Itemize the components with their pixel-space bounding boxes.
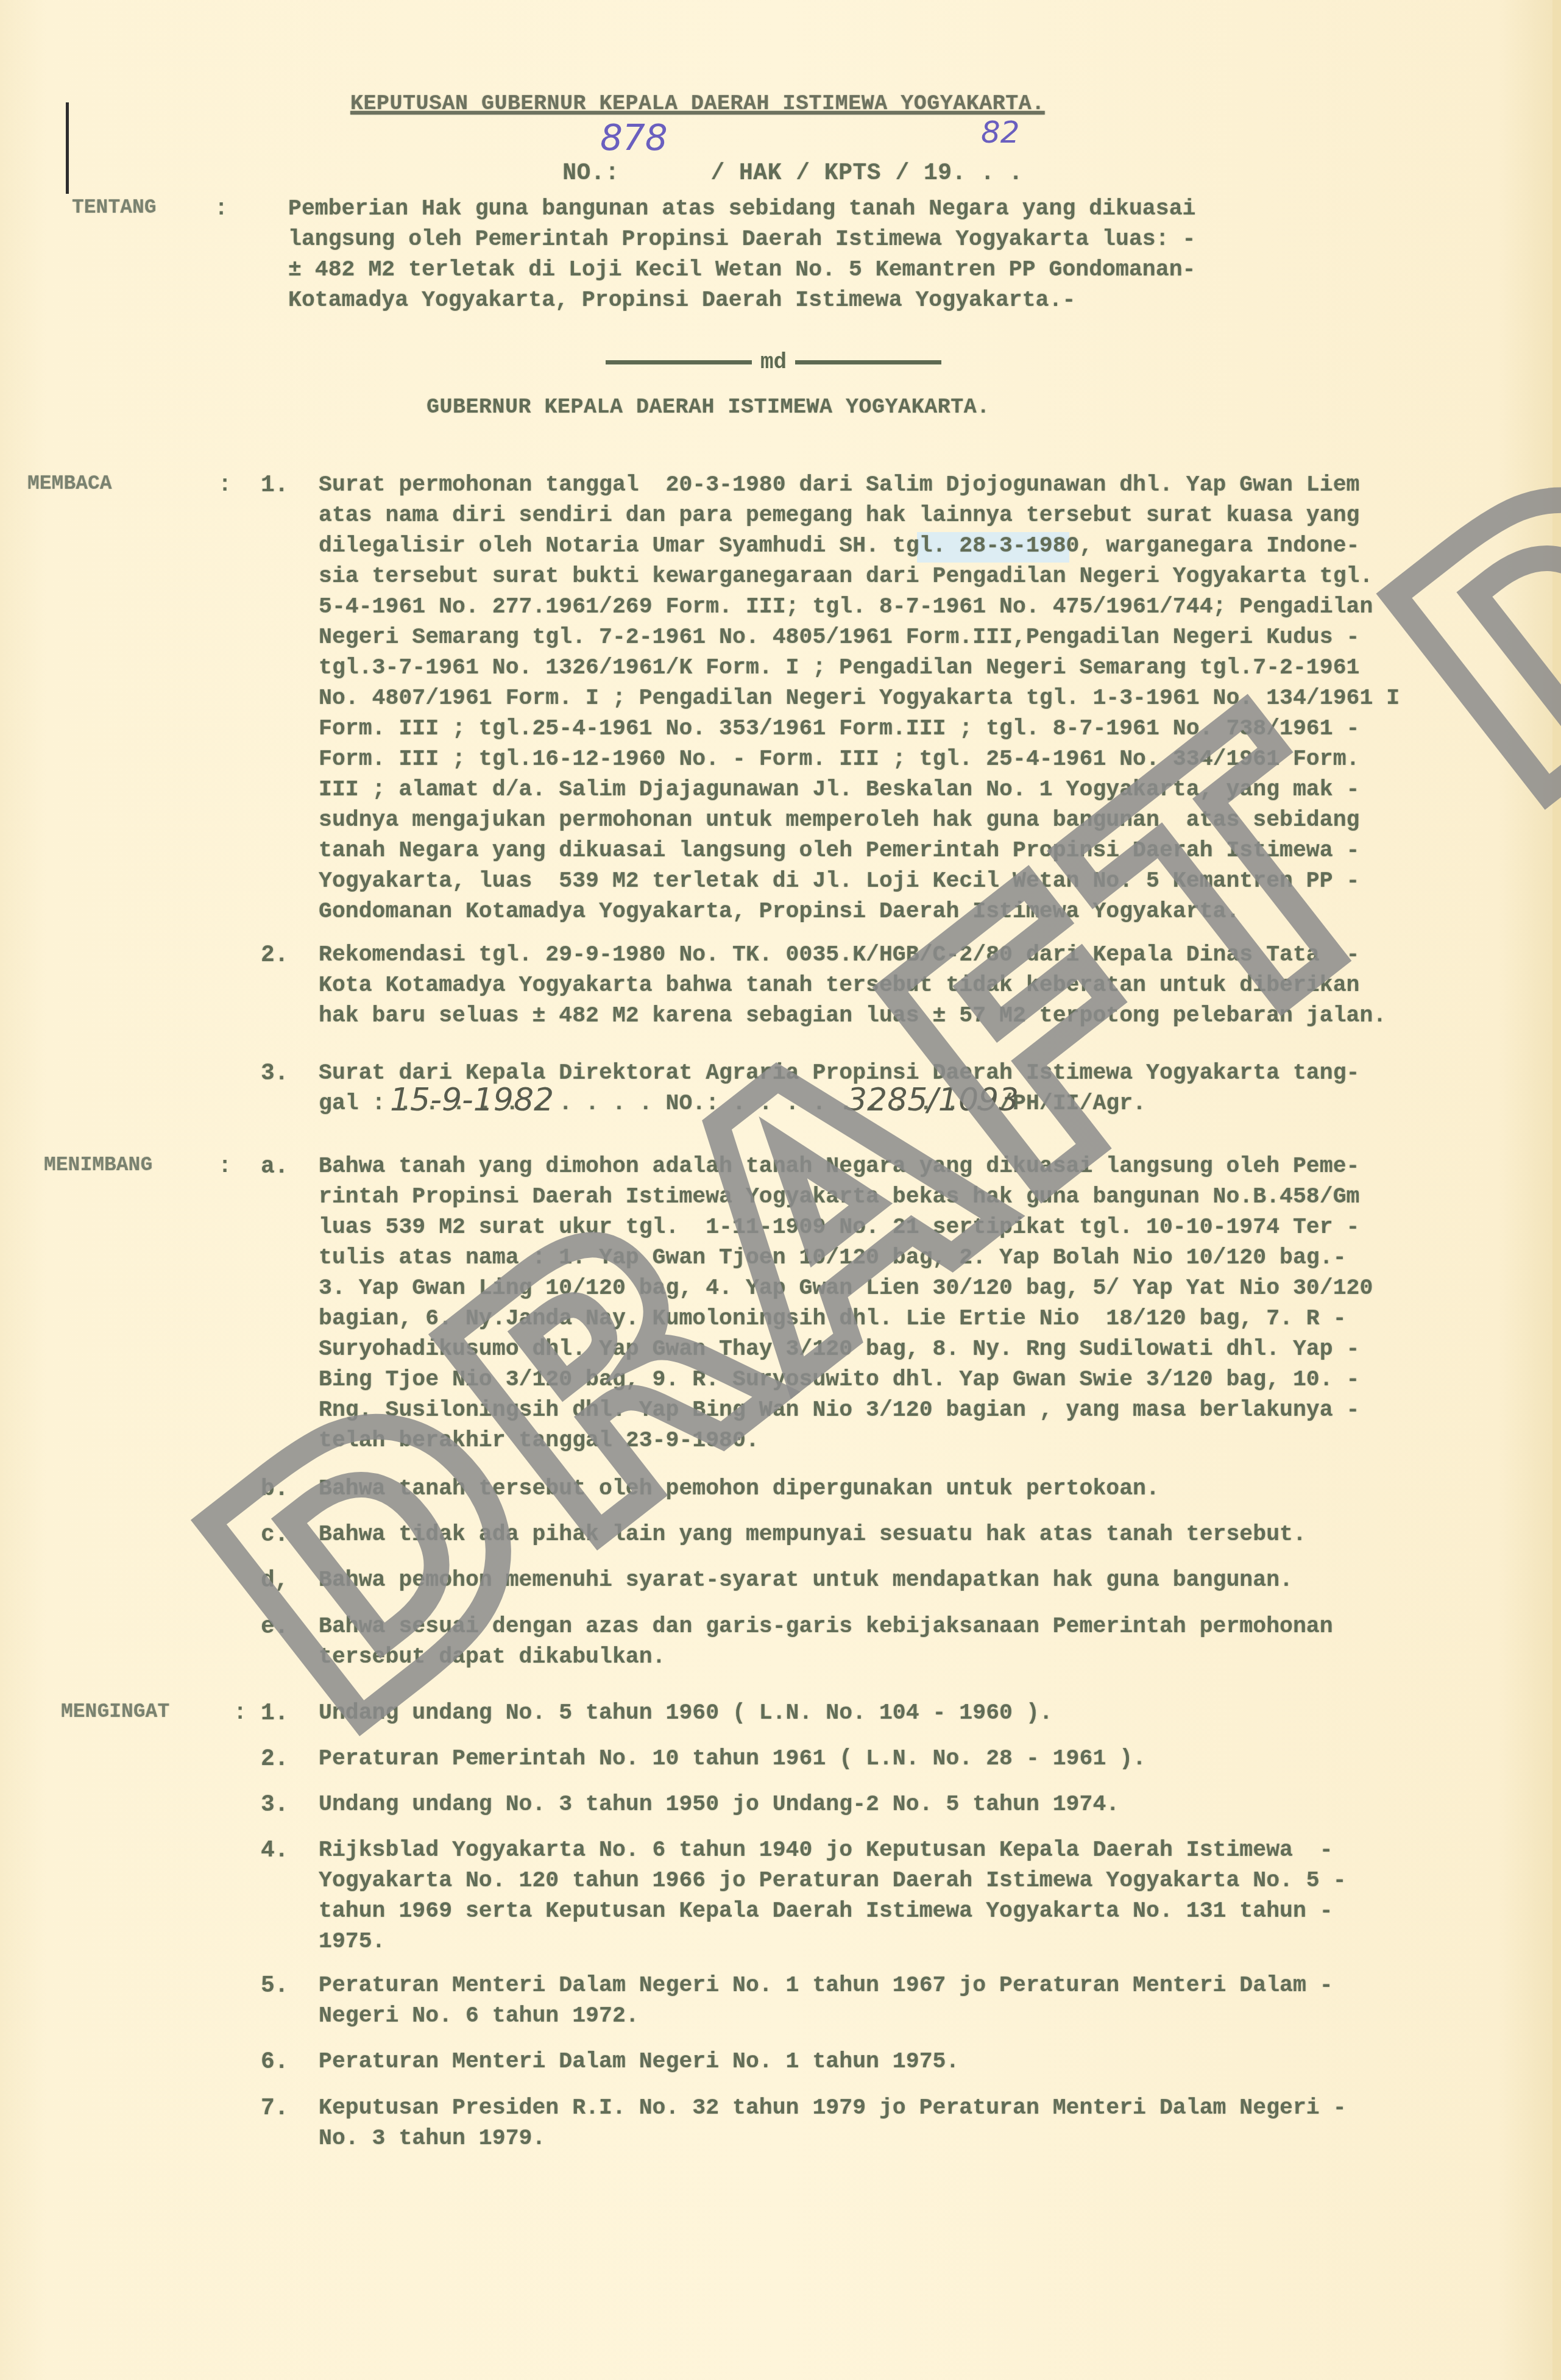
item-number: 7. [261,2095,289,2122]
list-item: Rekomendasi tgl. 29-9-1980 No. TK. 0035.… [319,940,1386,1031]
number-prefix: NO.: [562,160,619,186]
list-item: Bahwa sesuai dengan azas dan garis-garis… [319,1611,1333,1672]
item-number: a. [261,1154,289,1180]
list-item: Bahwa tidak ada pihak lain yang mempunya… [319,1519,1306,1550]
mengingat-colon: : [233,1700,247,1726]
document-title: KEPUTUSAN GUBERNUR KEPALA DAERAH ISTIMEW… [350,88,1045,119]
tentang-label: TENTANG [72,196,157,219]
item-number: 6. [261,2049,289,2075]
issuer-heading: GUBERNUR KEPALA DAERAH ISTIMEWA YOGYAKAR… [427,392,990,422]
item-number: b. [261,1476,289,1502]
item-number: 1. [261,472,289,499]
item-number: 3. [261,1060,289,1087]
membaca-colon: : [218,472,232,498]
separator: md [597,350,950,375]
tentang-colon: : [214,196,228,222]
item-number: 1. [261,1700,289,1727]
menimbang-colon: : [218,1154,232,1179]
item-number: e. [261,1614,289,1640]
handwritten-year: 82 [981,115,1020,150]
paper-edge [1552,0,1561,2380]
document-page: KEPUTUSAN GUBERNUR KEPALA DAERAH ISTIMEW… [0,0,1561,2380]
list-item: Peraturan Menteri Dalam Negeri No. 1 tah… [319,1970,1333,2031]
list-item: Undang undang No. 5 tahun 1960 ( L.N. No… [319,1698,1053,1728]
item-number: 4. [261,1838,289,1864]
list-item: Bahwa pemohon memenuhi syarat-syarat unt… [319,1565,1293,1596]
list-item: Undang undang No. 3 tahun 1950 jo Undang… [319,1789,1119,1820]
number-middle: / HAK / KPTS / 19 [710,160,952,186]
list-item: Keputusan Presiden R.I. No. 32 tahun 197… [319,2093,1347,2154]
mengingat-label: MENGINGAT [61,1700,169,1723]
list-item: Peraturan Menteri Dalam Negeri No. 1 tah… [319,2047,959,2077]
item-number: c. [261,1522,289,1548]
item-number: 2. [261,1746,289,1772]
menimbang-label: MENIMBANG [44,1154,152,1176]
margin-mark [66,102,69,194]
list-item: Surat permohonan tanggal 20-3-1980 dari … [319,470,1400,927]
list-item: Bahwa tanah tersebut oleh pemohon diperg… [319,1474,1159,1504]
item-number: d, [261,1568,289,1594]
handwritten-letter-number: 3285/1093 [847,1082,1019,1118]
list-item: Peraturan Pemerintah No. 10 tahun 1961 (… [319,1744,1146,1774]
item-number: 5. [261,1973,289,1999]
handwritten-date: 15-9-1982 [390,1082,554,1118]
list-item: Bahwa tanah yang dimohon adalah tanah Ne… [319,1151,1373,1456]
item-number: 3. [261,1792,289,1818]
handwritten-number: 878 [600,117,668,158]
membaca-label: MEMBACA [27,472,112,495]
list-item: Rijksblad Yogyakarta No. 6 tahun 1940 jo… [319,1835,1347,1957]
item-number: 2. [261,942,289,968]
tentang-text: Pemberian Hak guna bangunan atas sebidan… [288,194,1195,316]
